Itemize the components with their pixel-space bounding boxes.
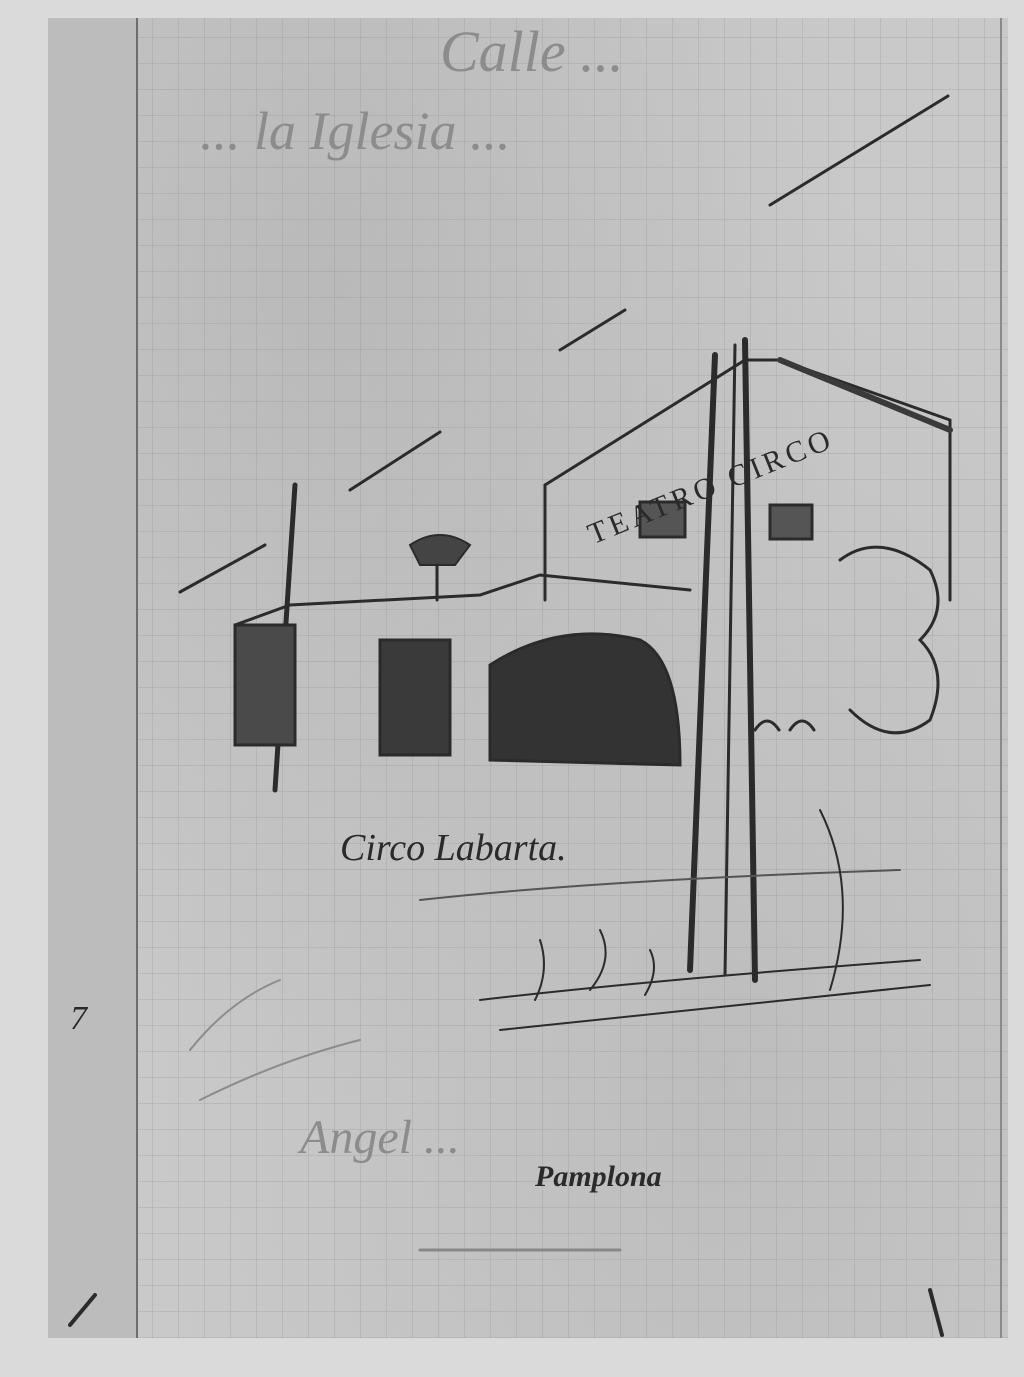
faint-inscription-bottom: Angel ... bbox=[300, 1110, 460, 1165]
inscription-top-line-2: ... la Iglesia ... bbox=[200, 100, 510, 162]
signature-pamplona: Pamplona bbox=[535, 1160, 662, 1194]
inscription-top-line-1: Calle ... bbox=[440, 18, 624, 85]
margin-number: 7 bbox=[70, 1000, 87, 1038]
sketch-caption: Circo Labarta. bbox=[340, 826, 567, 870]
sketch-drawing bbox=[0, 0, 1024, 1377]
